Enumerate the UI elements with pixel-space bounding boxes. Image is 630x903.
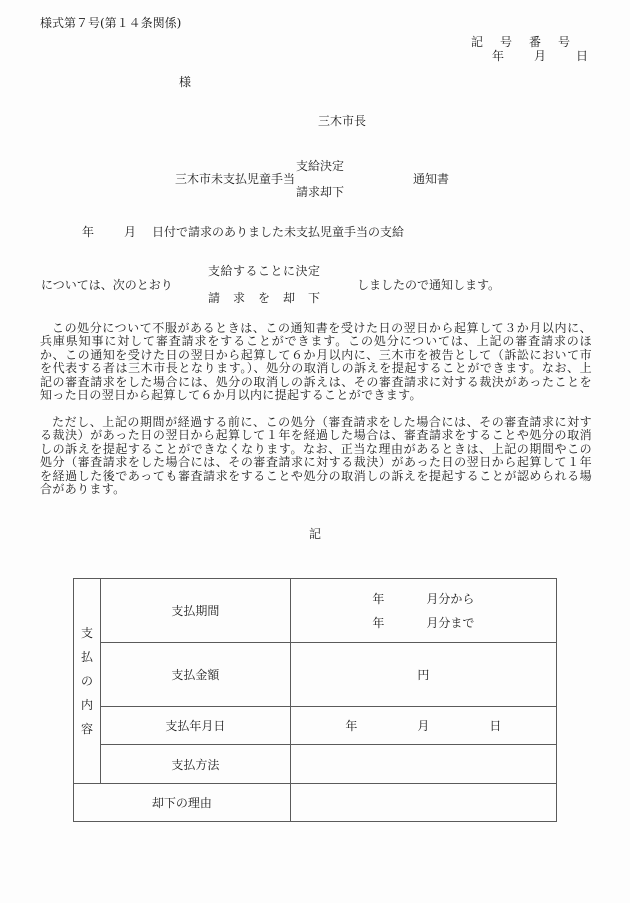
title-suffix: 通知書 — [413, 173, 449, 186]
decision-option-reject: 請求を却下 — [208, 292, 333, 305]
table-row-period: 支 払 の 内 容 支払期間 年月分から 年月分まで — [74, 579, 557, 643]
issuer: 三木市長 — [318, 115, 366, 128]
appeal-exception-paragraph: ただし、上記の期間が経過する前に、この処分（審査請求をした場合には、その審査請求… — [40, 416, 592, 496]
document-date: 年月日 — [492, 50, 588, 63]
table-row-amount: 支払金額 円 — [74, 643, 557, 707]
label-payment-amount: 支払金額 — [101, 643, 291, 707]
table-row-date: 支払年月日 年月日 — [74, 707, 557, 745]
addressee: 様 — [179, 76, 191, 89]
value-payment-date[interactable]: 年月日 — [290, 707, 556, 745]
label-payment-method: 支払方法 — [101, 745, 291, 784]
title-option-reject: 請求却下 — [296, 186, 344, 199]
value-payment-amount[interactable]: 円 — [290, 643, 556, 707]
table-row-rejection-reason: 却下の理由 — [74, 784, 557, 822]
label-payment-date: 支払年月日 — [101, 707, 291, 745]
document-number: 記号番号 — [471, 36, 570, 49]
value-payment-method[interactable] — [290, 745, 556, 784]
ki-heading: 記 — [309, 528, 321, 541]
label-payment-period: 支払期間 — [101, 579, 291, 643]
title-option-approve: 支給決定 — [296, 160, 344, 173]
table-row-method: 支払方法 — [74, 745, 557, 784]
title-main: 三木市未支払児童手当 — [175, 173, 295, 186]
appeal-notice-paragraph: この処分について不服があるときは、この通知書を受けた日の翌日から起算して３か月以… — [40, 322, 592, 402]
value-payment-period[interactable]: 年月分から 年月分まで — [290, 579, 556, 643]
form-id: 様式第７号(第１４条関係) — [40, 17, 181, 30]
request-date-line: 年月日付で請求のありました未支払児童手当の支給 — [82, 226, 404, 239]
group-label-payment-content: 支 払 の 内 容 — [74, 579, 101, 784]
label-rejection-reason: 却下の理由 — [74, 784, 291, 822]
decision-lead: については、次のとおり — [41, 279, 173, 292]
decision-tail: しましたので通知します。 — [357, 279, 500, 292]
decision-option-approve: 支給することに決定 — [208, 265, 321, 278]
value-rejection-reason[interactable] — [290, 784, 556, 822]
payment-details-table: 支 払 の 内 容 支払期間 年月分から 年月分まで 支払金額 円 支払年月日 … — [73, 578, 557, 822]
